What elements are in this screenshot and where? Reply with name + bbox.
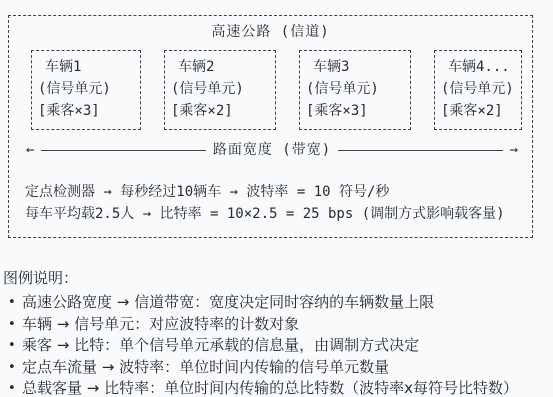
legend-item-text: 高速公路宽度 → 信道带宽：宽度决定同时容纳的车辆数量上限 [22, 292, 551, 314]
legend-item-text: 总载客量 → 比特率：单位时间内传输的总比特数（波特率x每符号比特数） [22, 378, 551, 397]
left-arrow-icon: ← [26, 140, 34, 160]
bullet-icon: • [3, 314, 22, 336]
vehicle-box-4: 车辆4... (信号单元) [乘客×2] [434, 50, 522, 130]
vehicle-passengers: [乘客×3] [306, 100, 405, 122]
arrow-shaft-left [41, 150, 205, 151]
vehicle-box-3: 车辆3 (信号单元) [乘客×3] [299, 50, 411, 130]
vehicle-box-1: 车辆1 (信号单元) [乘客×3] [31, 50, 141, 130]
legend: 图例说明： • 高速公路宽度 → 信道带宽：宽度决定同时容纳的车辆数量上限 • … [3, 268, 551, 397]
vehicle-name: 车辆2 [171, 56, 270, 78]
highway-channel-diagram: 高速公路 (信道) 车辆1 (信号单元) [乘客×3] 车辆2 (信号单元) [… [8, 15, 533, 238]
legend-item-bit-rate: • 总载客量 → 比特率：单位时间内传输的总比特数（波特率x每符号比特数） [3, 378, 551, 397]
vehicle-passengers: [乘客×2] [171, 100, 270, 122]
legend-item-signal-unit: • 车辆 → 信号单元：对应波特率的计数对象 [3, 314, 551, 336]
vehicle-name: 车辆1 [38, 56, 135, 78]
bullet-icon: • [3, 292, 22, 314]
diagram-notes: 定点检测器 → 每秒经过10辆车 → 波特率 = 10 符号/秒 每车平均载2.… [25, 181, 524, 225]
vehicle-signal-unit: (信号单元) [306, 78, 405, 100]
bandwidth-label: 路面宽度 (带宽) [213, 140, 331, 160]
bullet-icon: • [3, 335, 22, 357]
vehicles-row: 车辆1 (信号单元) [乘客×3] 车辆2 (信号单元) [乘客×2] 车辆3 … [31, 50, 532, 130]
legend-item-baud-rate: • 定点车流量 → 波特率：单位时间内传输的信号单元数量 [3, 357, 551, 379]
legend-item-bits: • 乘客 → 比特：单个信号单元承载的信息量，由调制方式决定 [3, 335, 551, 357]
right-arrow-icon: → [510, 140, 518, 160]
vehicle-passengers: [乘客×2] [441, 100, 516, 122]
bandwidth-arrow-row: ← 路面宽度 (带宽) → [26, 140, 518, 160]
legend-item-bandwidth: • 高速公路宽度 → 信道带宽：宽度决定同时容纳的车辆数量上限 [3, 292, 551, 314]
vehicle-name: 车辆3 [306, 56, 405, 78]
vehicle-signal-unit: (信号单元) [171, 78, 270, 100]
legend-item-text: 定点车流量 → 波特率：单位时间内传输的信号单元数量 [22, 357, 551, 379]
vehicle-passengers: [乘客×3] [38, 100, 135, 122]
legend-heading: 图例说明： [3, 268, 551, 289]
vehicle-box-2: 车辆2 (信号单元) [乘客×2] [164, 50, 276, 130]
legend-item-text: 车辆 → 信号单元：对应波特率的计数对象 [22, 314, 551, 336]
arrow-shaft-right [338, 150, 502, 151]
bullet-icon: • [3, 378, 22, 397]
legend-item-text: 乘客 → 比特：单个信号单元承载的信息量，由调制方式决定 [22, 335, 551, 357]
baud-rate-note: 定点检测器 → 每秒经过10辆车 → 波特率 = 10 符号/秒 [25, 181, 524, 203]
bit-rate-note: 每车平均载2.5人 → 比特率 = 10×2.5 = 25 bps (调制方式影… [25, 203, 524, 225]
vehicle-signal-unit: (信号单元) [441, 78, 516, 100]
bullet-icon: • [3, 357, 22, 379]
vehicle-name: 车辆4... [441, 56, 516, 78]
vehicle-signal-unit: (信号单元) [38, 78, 135, 100]
diagram-title: 高速公路 (信道) [9, 22, 532, 42]
